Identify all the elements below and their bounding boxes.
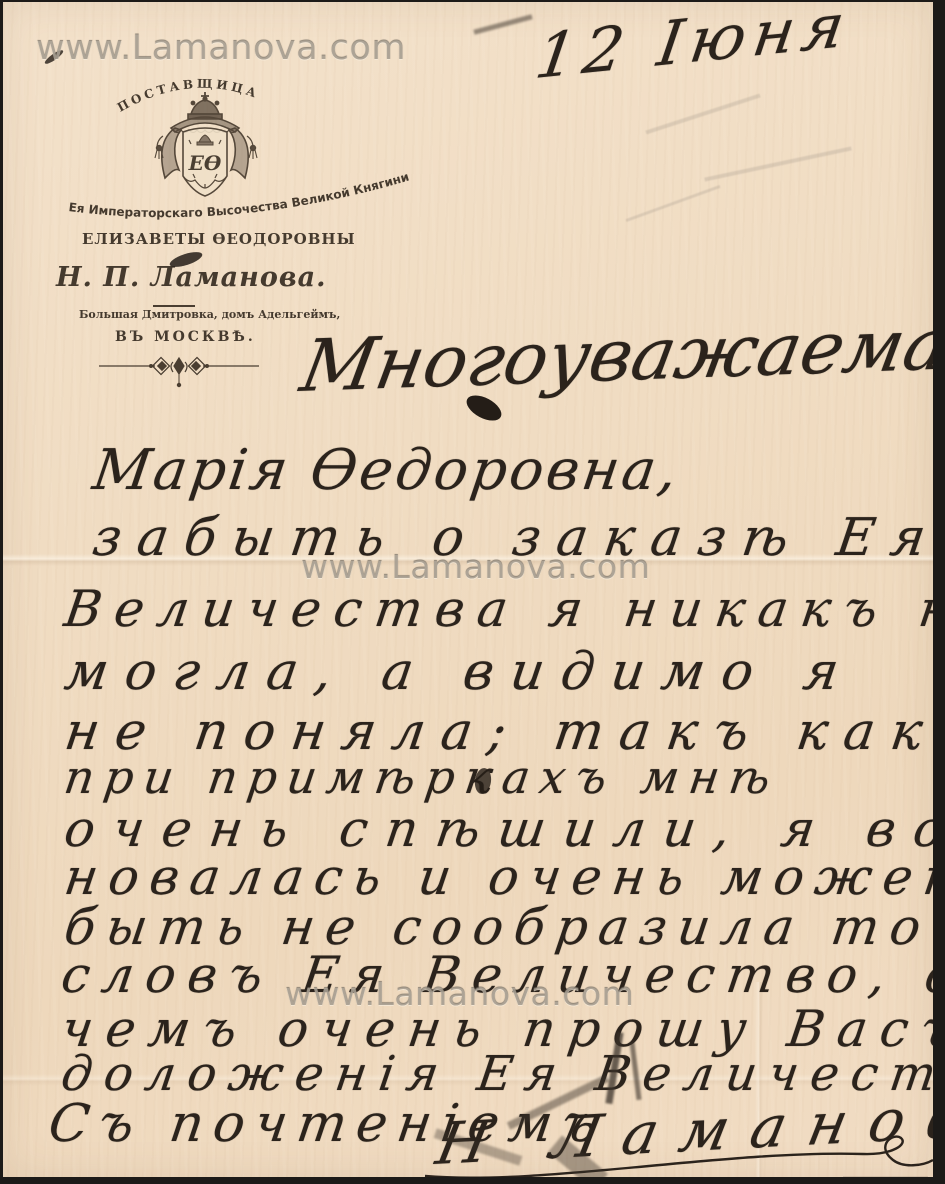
svg-text:ПОСТАВЩИЦА: ПОСТАВЩИЦА	[115, 77, 261, 115]
pencil-scribble	[704, 146, 852, 181]
name-rule	[153, 305, 195, 307]
coat-of-arms: ПОСТАВЩИЦА	[55, 76, 435, 231]
signature-flourish	[423, 1130, 933, 1177]
handwritten-line: при примѣркахъ мнѣ	[61, 750, 784, 804]
scanned-letter: www.Lamanova.com www.Lamanova.com www.La…	[0, 0, 945, 1184]
patroness-arc-text: Ея Императорскаго Высочества Великой Кня…	[68, 170, 411, 221]
patroness-name: ЕЛИЗАВЕТЫ ѲЕОДОРОВНЫ	[82, 230, 356, 248]
watermark-top: www.Lamanova.com	[36, 28, 406, 68]
city-line: ВЪ МОСКВѢ.	[115, 329, 256, 345]
handwritten-line: Величества я никакъ не	[61, 580, 933, 638]
watermark-bottom: www.Lamanova.com	[285, 974, 634, 1013]
supplier-arc-text: ПОСТАВЩИЦА	[115, 77, 261, 115]
monogram-text: ЕѲ	[188, 151, 222, 175]
crest-icon: ЕѲ	[155, 92, 257, 196]
handwritten-line: могла, а видимо я	[61, 642, 859, 702]
handwritten-line-salutation: Многоуважаемая	[295, 300, 933, 408]
ornament-divider-icon	[99, 356, 259, 388]
letter-paper: www.Lamanova.com www.Lamanova.com www.La…	[3, 2, 933, 1177]
pencil-scribble	[645, 94, 760, 135]
address-line: Большая Дмитровка, домъ Адельгеймъ,	[79, 308, 340, 321]
svg-text:Ея Императорскаго Высочества В: Ея Императорскаго Высочества Великой Кня…	[68, 170, 411, 221]
crown-icon	[188, 92, 222, 119]
pencil-scribble	[626, 185, 721, 222]
watermark-middle: www.Lamanova.com	[301, 547, 650, 586]
handwritten-line-addressee: Марія Ѳедоровна,	[89, 438, 684, 503]
proprietor-name: Н. П. Ламанова.	[56, 262, 326, 293]
ink-smudge	[473, 14, 532, 34]
handwritten-date: 12 Іюня	[531, 2, 856, 93]
